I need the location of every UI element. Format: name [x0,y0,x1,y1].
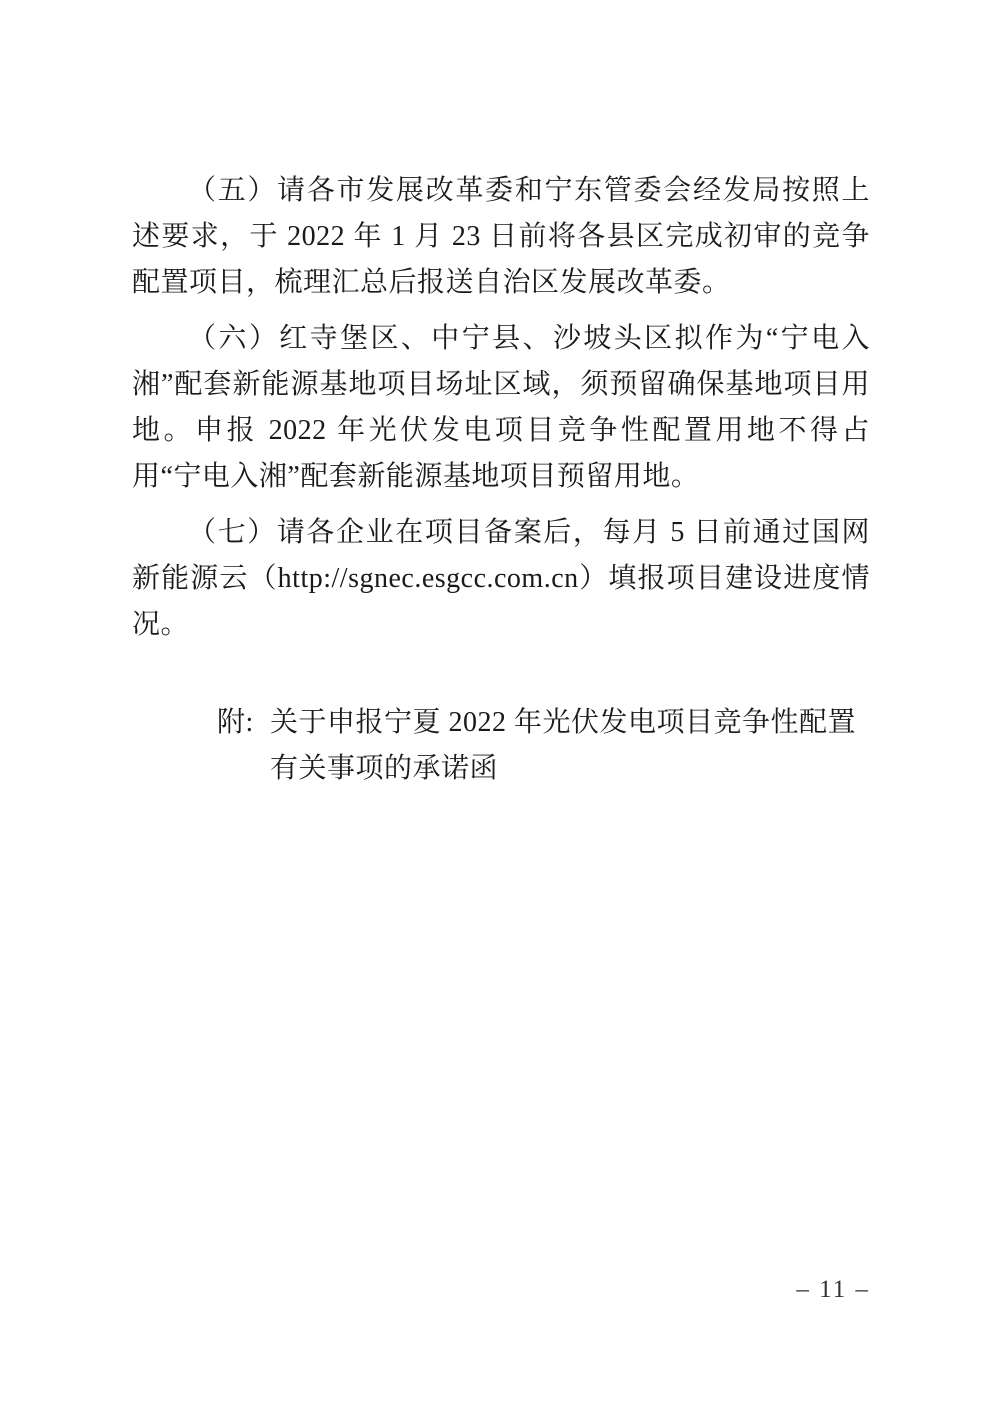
attachment-label: 附: [217,700,270,792]
paragraph-item-5: （五）请各市发展改革委和宁东管委会经发局按照上述要求，于 2022 年 1 月 … [132,168,870,306]
attachment-title: 关于申报宁夏 2022 年光伏发电项目竞争性配置有关事项的承诺函 [270,700,870,792]
document-page: （五）请各市发展改革委和宁东管委会经发局按照上述要求，于 2022 年 1 月 … [0,0,1000,1414]
page-number: – 11 – [796,1276,870,1304]
document-body: （五）请各市发展改革委和宁东管委会经发局按照上述要求，于 2022 年 1 月 … [132,168,870,792]
paragraph-item-6: （六）红寺堡区、中宁县、沙坡头区拟作为“宁电入湘”配套新能源基地项目场址区域，须… [132,316,870,500]
attachment-note: 附: 关于申报宁夏 2022 年光伏发电项目竞争性配置有关事项的承诺函 [217,700,870,792]
paragraph-item-7: （七）请各企业在项目备案后，每月 5 日前通过国网新能源云（http://sgn… [132,510,870,648]
